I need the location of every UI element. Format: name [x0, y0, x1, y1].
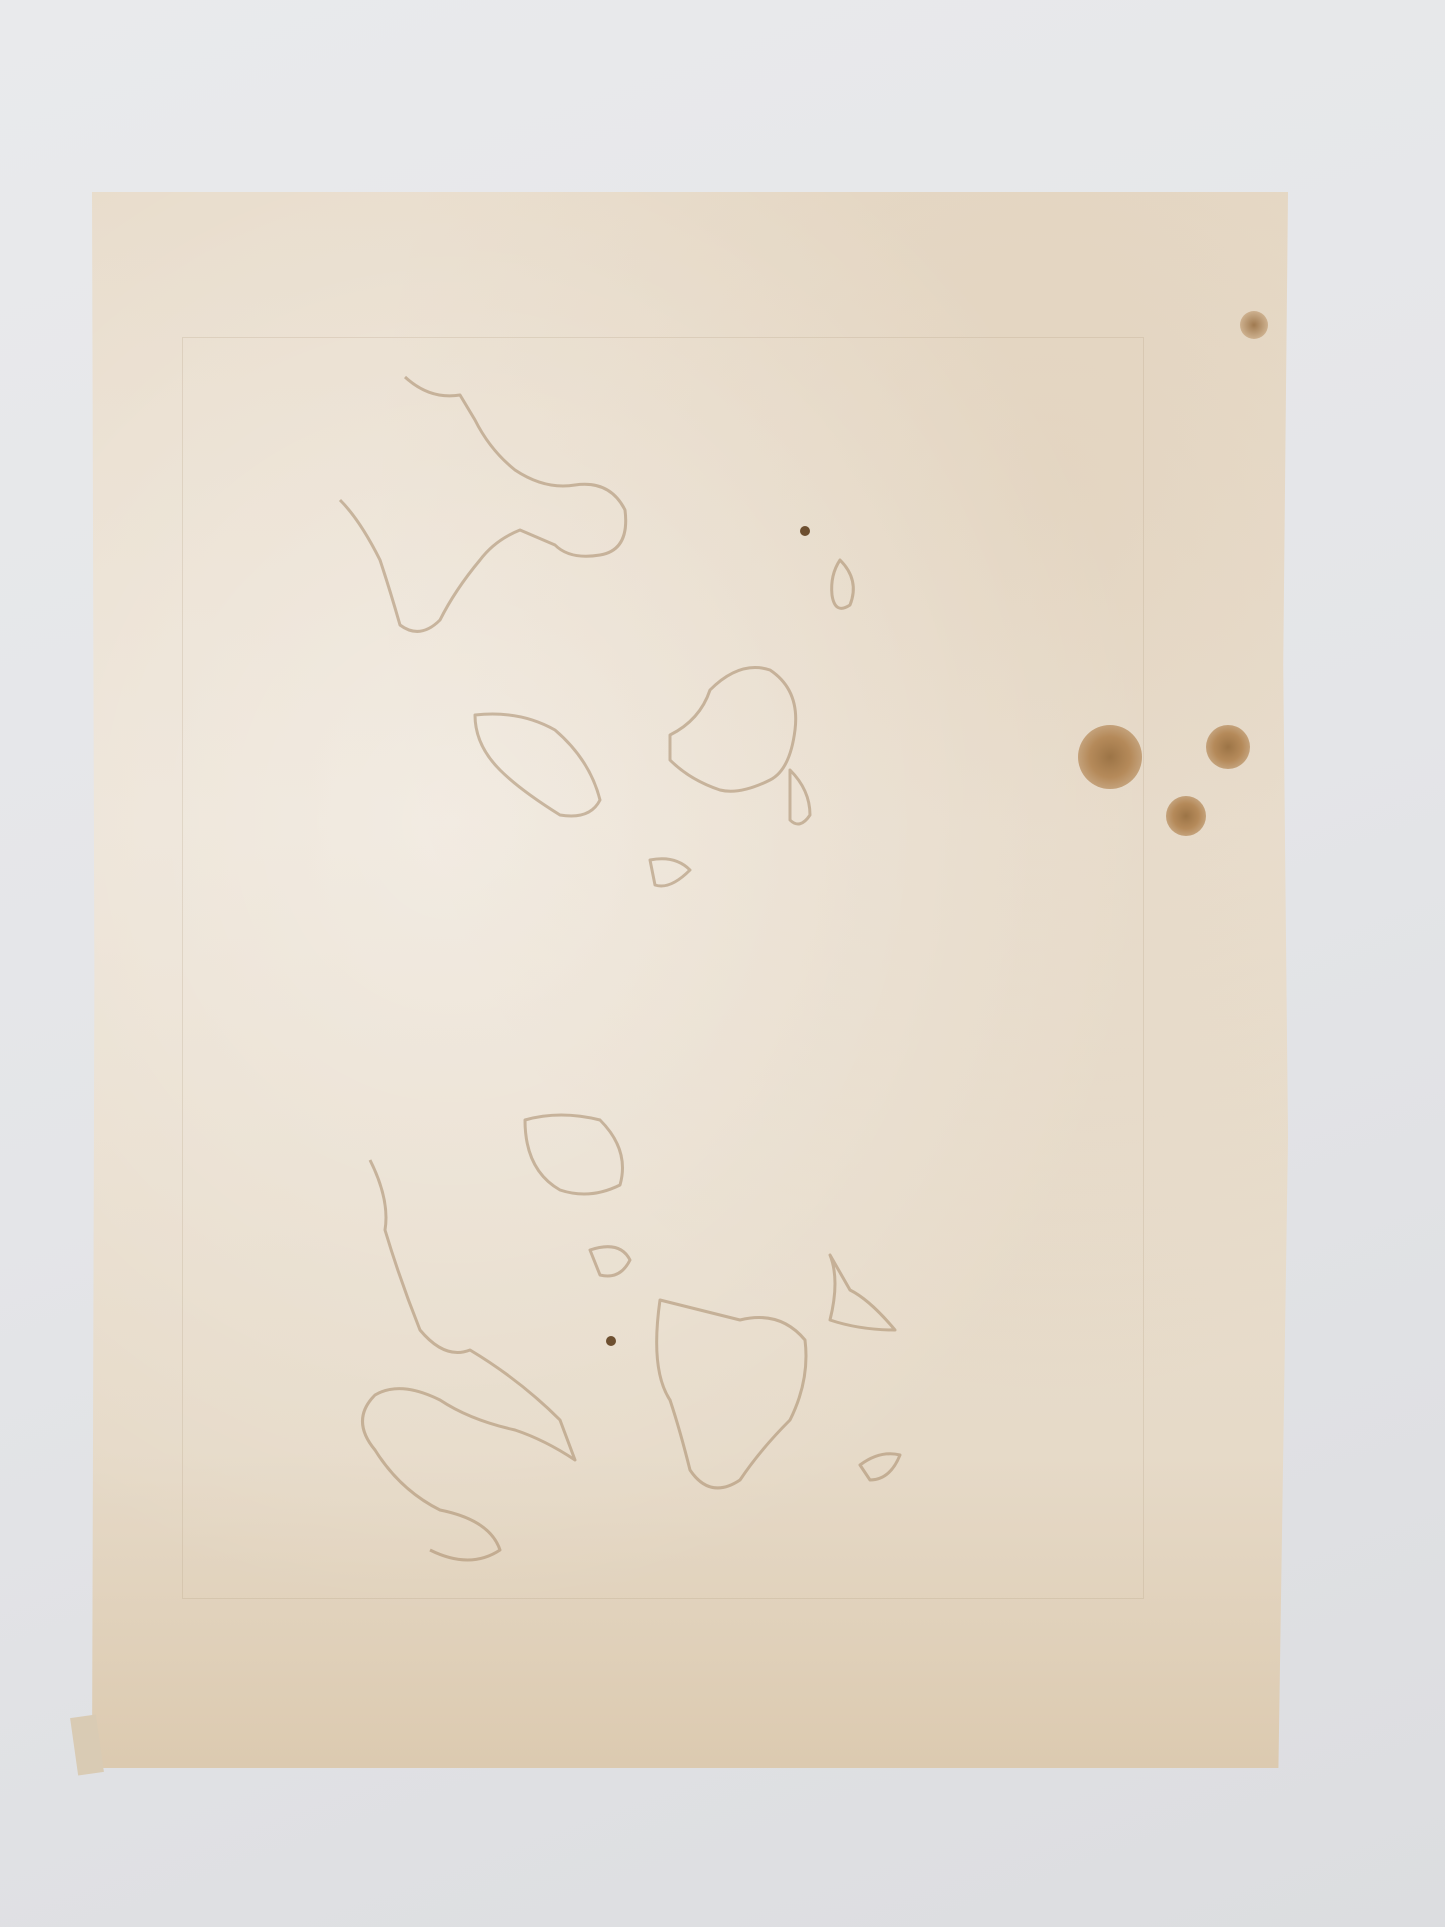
- stain-1: [1078, 725, 1142, 789]
- coastline-show-through: [0, 0, 1445, 1927]
- foxing-spot: [800, 526, 810, 536]
- stain-4: [1240, 311, 1268, 339]
- foxing-spot: [606, 1336, 616, 1346]
- stain-2: [1206, 725, 1250, 769]
- stain-3: [1166, 796, 1206, 836]
